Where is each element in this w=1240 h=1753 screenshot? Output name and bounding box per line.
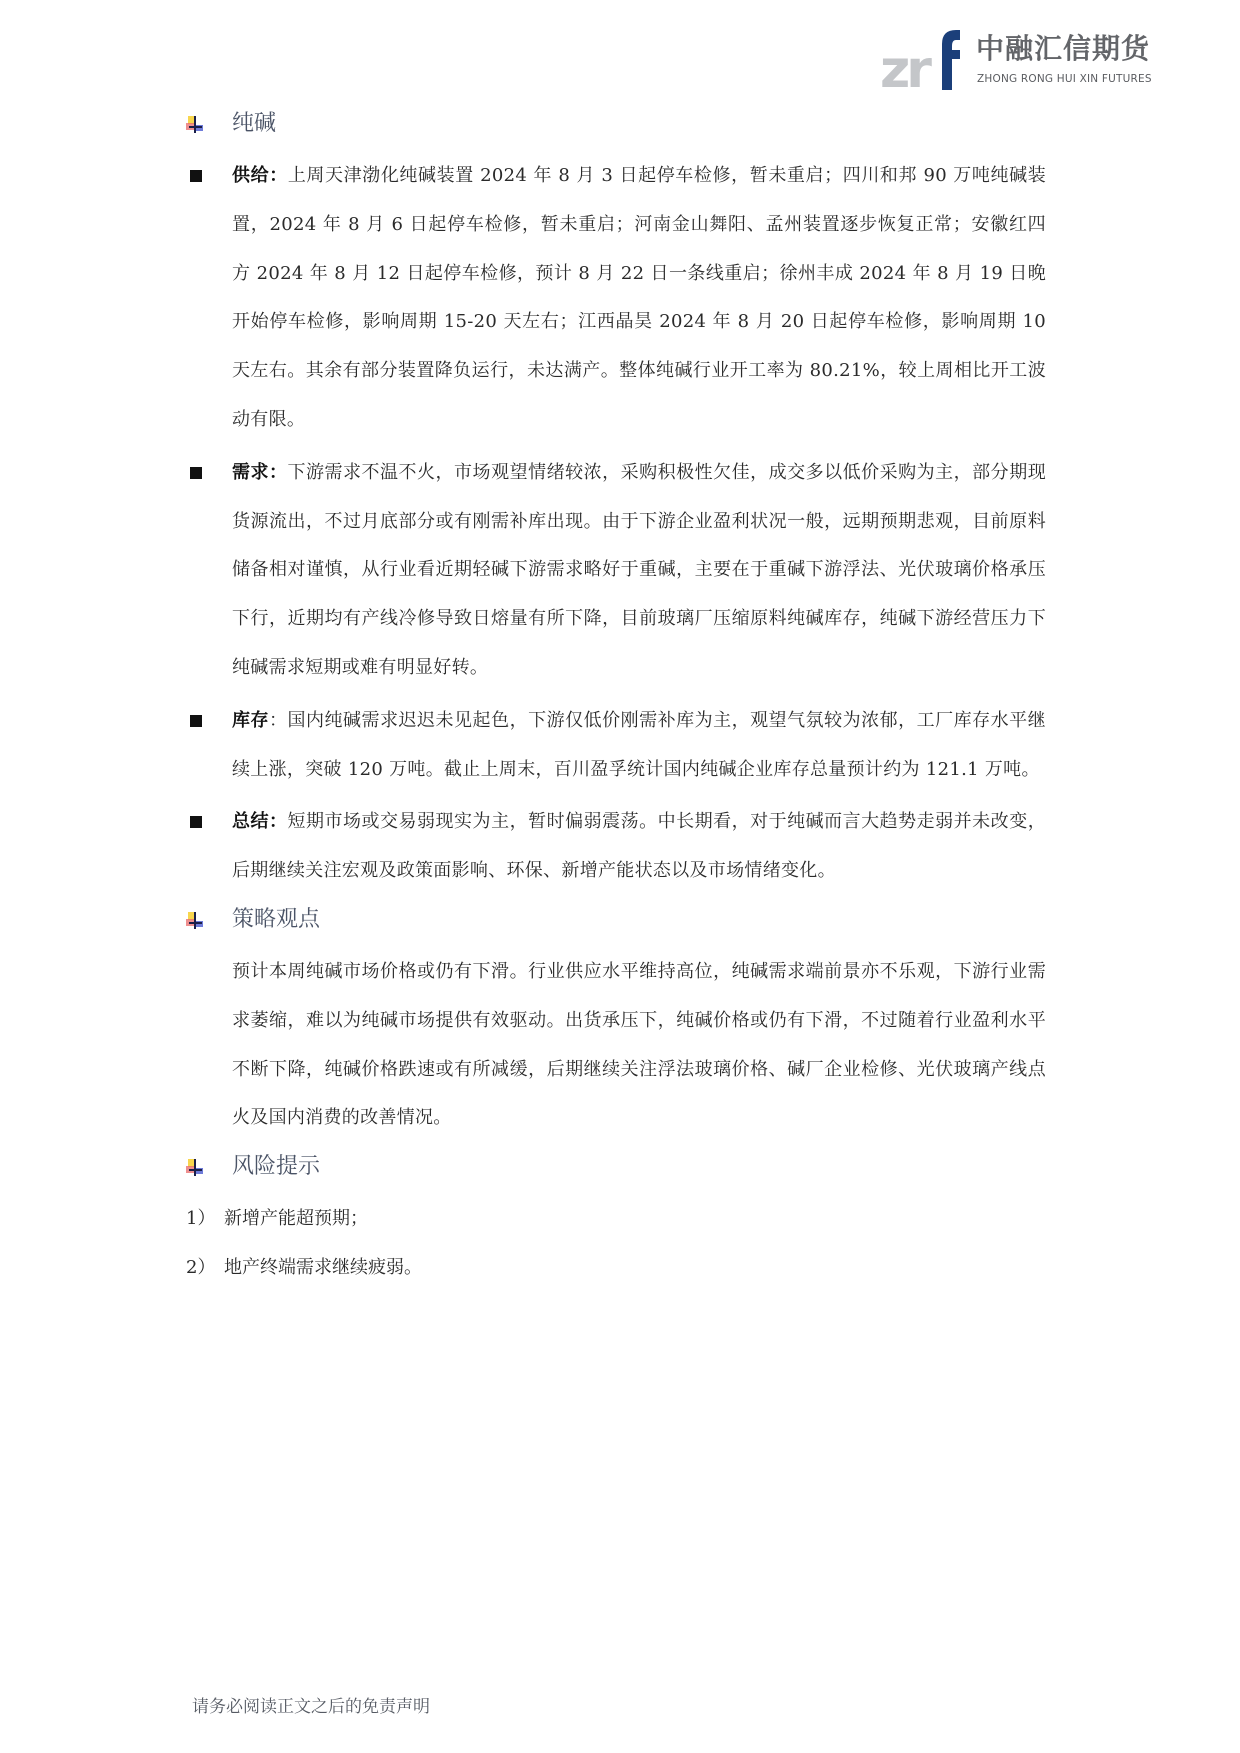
bullet-text: 下游需求不温不火，市场观望情绪较浓，采购积极性欠佳，成交多以低价采购为主，部分期…	[232, 462, 1046, 678]
bullet-text: 上周天津渤化纯碱装置 2024 年 8 月 3 日起停车检修，暂未重启；四川和邦…	[232, 165, 1046, 430]
footer-disclaimer: 请务必阅读正文之后的免责声明	[192, 1692, 430, 1717]
bullet-label: 供给：	[232, 165, 288, 186]
bullet-square-icon	[190, 170, 202, 182]
risk-item-number: 2）	[186, 1244, 224, 1293]
section-title: 风险提示	[232, 1151, 320, 1183]
bullet-paragraph: 总结：短期市场或交易弱现实为主，暂时偏弱震荡。中长期看，对于纯碱而言大趋势走弱并…	[232, 798, 1046, 896]
section-heading-soda-ash: 纯碱	[186, 104, 1046, 148]
bullet-label: 总结：	[232, 811, 288, 832]
company-logo: zr 中融汇信期货 ZHONG RONG HUI XIN FUTURES	[880, 28, 1160, 92]
bullet-text: ：国内纯碱需求迟迟未见起色，下游仅低价刚需补库为主，观望气氛较为浓郁，工厂库存水…	[232, 710, 1046, 780]
section-marker-icon	[186, 116, 204, 134]
document-body: 纯碱 供给：上周天津渤化纯碱装置 2024 年 8 月 3 日起停车检修，暂未重…	[186, 104, 1046, 1293]
logo-mark-zr: zr	[880, 48, 928, 92]
section-heading-strategy: 策略观点	[186, 900, 1046, 944]
risk-list: 1）新增产能超预期； 2）地产终端需求继续疲弱。	[186, 1195, 1046, 1293]
section-marker-icon	[186, 1159, 204, 1177]
risk-item: 1）新增产能超预期；	[186, 1195, 1046, 1244]
bullet-paragraph: 供给：上周天津渤化纯碱装置 2024 年 8 月 3 日起停车检修，暂未重启；四…	[232, 152, 1046, 445]
bullet-supply: 供给：上周天津渤化纯碱装置 2024 年 8 月 3 日起停车检修，暂未重启；四…	[186, 152, 1046, 445]
strategy-text: 预计本周纯碱市场价格或仍有下滑。行业供应水平维持高位，纯碱需求端前景亦不乐观，下…	[232, 948, 1046, 1143]
logo-mark-f-icon	[936, 28, 960, 90]
strategy-paragraph: 预计本周纯碱市场价格或仍有下滑。行业供应水平维持高位，纯碱需求端前景亦不乐观，下…	[186, 948, 1046, 1143]
bullet-text: 短期市场或交易弱现实为主，暂时偏弱震荡。中长期看，对于纯碱而言大趋势走弱并未改变…	[232, 811, 1046, 881]
risk-item-number: 1）	[186, 1195, 224, 1244]
risk-item-text: 地产终端需求继续疲弱。	[224, 1257, 422, 1278]
section-title: 策略观点	[232, 904, 320, 936]
bullet-square-icon	[190, 467, 202, 479]
bullet-summary: 总结：短期市场或交易弱现实为主，暂时偏弱震荡。中长期看，对于纯碱而言大趋势走弱并…	[186, 798, 1046, 896]
logo-company-name-cn: 中融汇信期货	[976, 32, 1150, 66]
risk-item-text: 新增产能超预期；	[224, 1208, 368, 1229]
bullet-demand: 需求：下游需求不温不火，市场观望情绪较浓，采购积极性欠佳，成交多以低价采购为主，…	[186, 449, 1046, 693]
bullet-inventory: 库存：国内纯碱需求迟迟未见起色，下游仅低价刚需补库为主，观望气氛较为浓郁，工厂库…	[186, 697, 1046, 795]
bullet-paragraph: 需求：下游需求不温不火，市场观望情绪较浓，采购积极性欠佳，成交多以低价采购为主，…	[232, 449, 1046, 693]
section-title: 纯碱	[232, 108, 276, 140]
bullet-paragraph: 库存：国内纯碱需求迟迟未见起色，下游仅低价刚需补库为主，观望气氛较为浓郁，工厂库…	[232, 697, 1046, 795]
bullet-label: 需求：	[232, 462, 288, 483]
bullet-square-icon	[190, 715, 202, 727]
logo-company-name-en: ZHONG RONG HUI XIN FUTURES	[977, 72, 1152, 86]
bullet-square-icon	[190, 816, 202, 828]
section-heading-risk: 风险提示	[186, 1147, 1046, 1191]
section-marker-icon	[186, 912, 204, 930]
bullet-label: 库存	[232, 710, 269, 731]
risk-item: 2）地产终端需求继续疲弱。	[186, 1244, 1046, 1293]
